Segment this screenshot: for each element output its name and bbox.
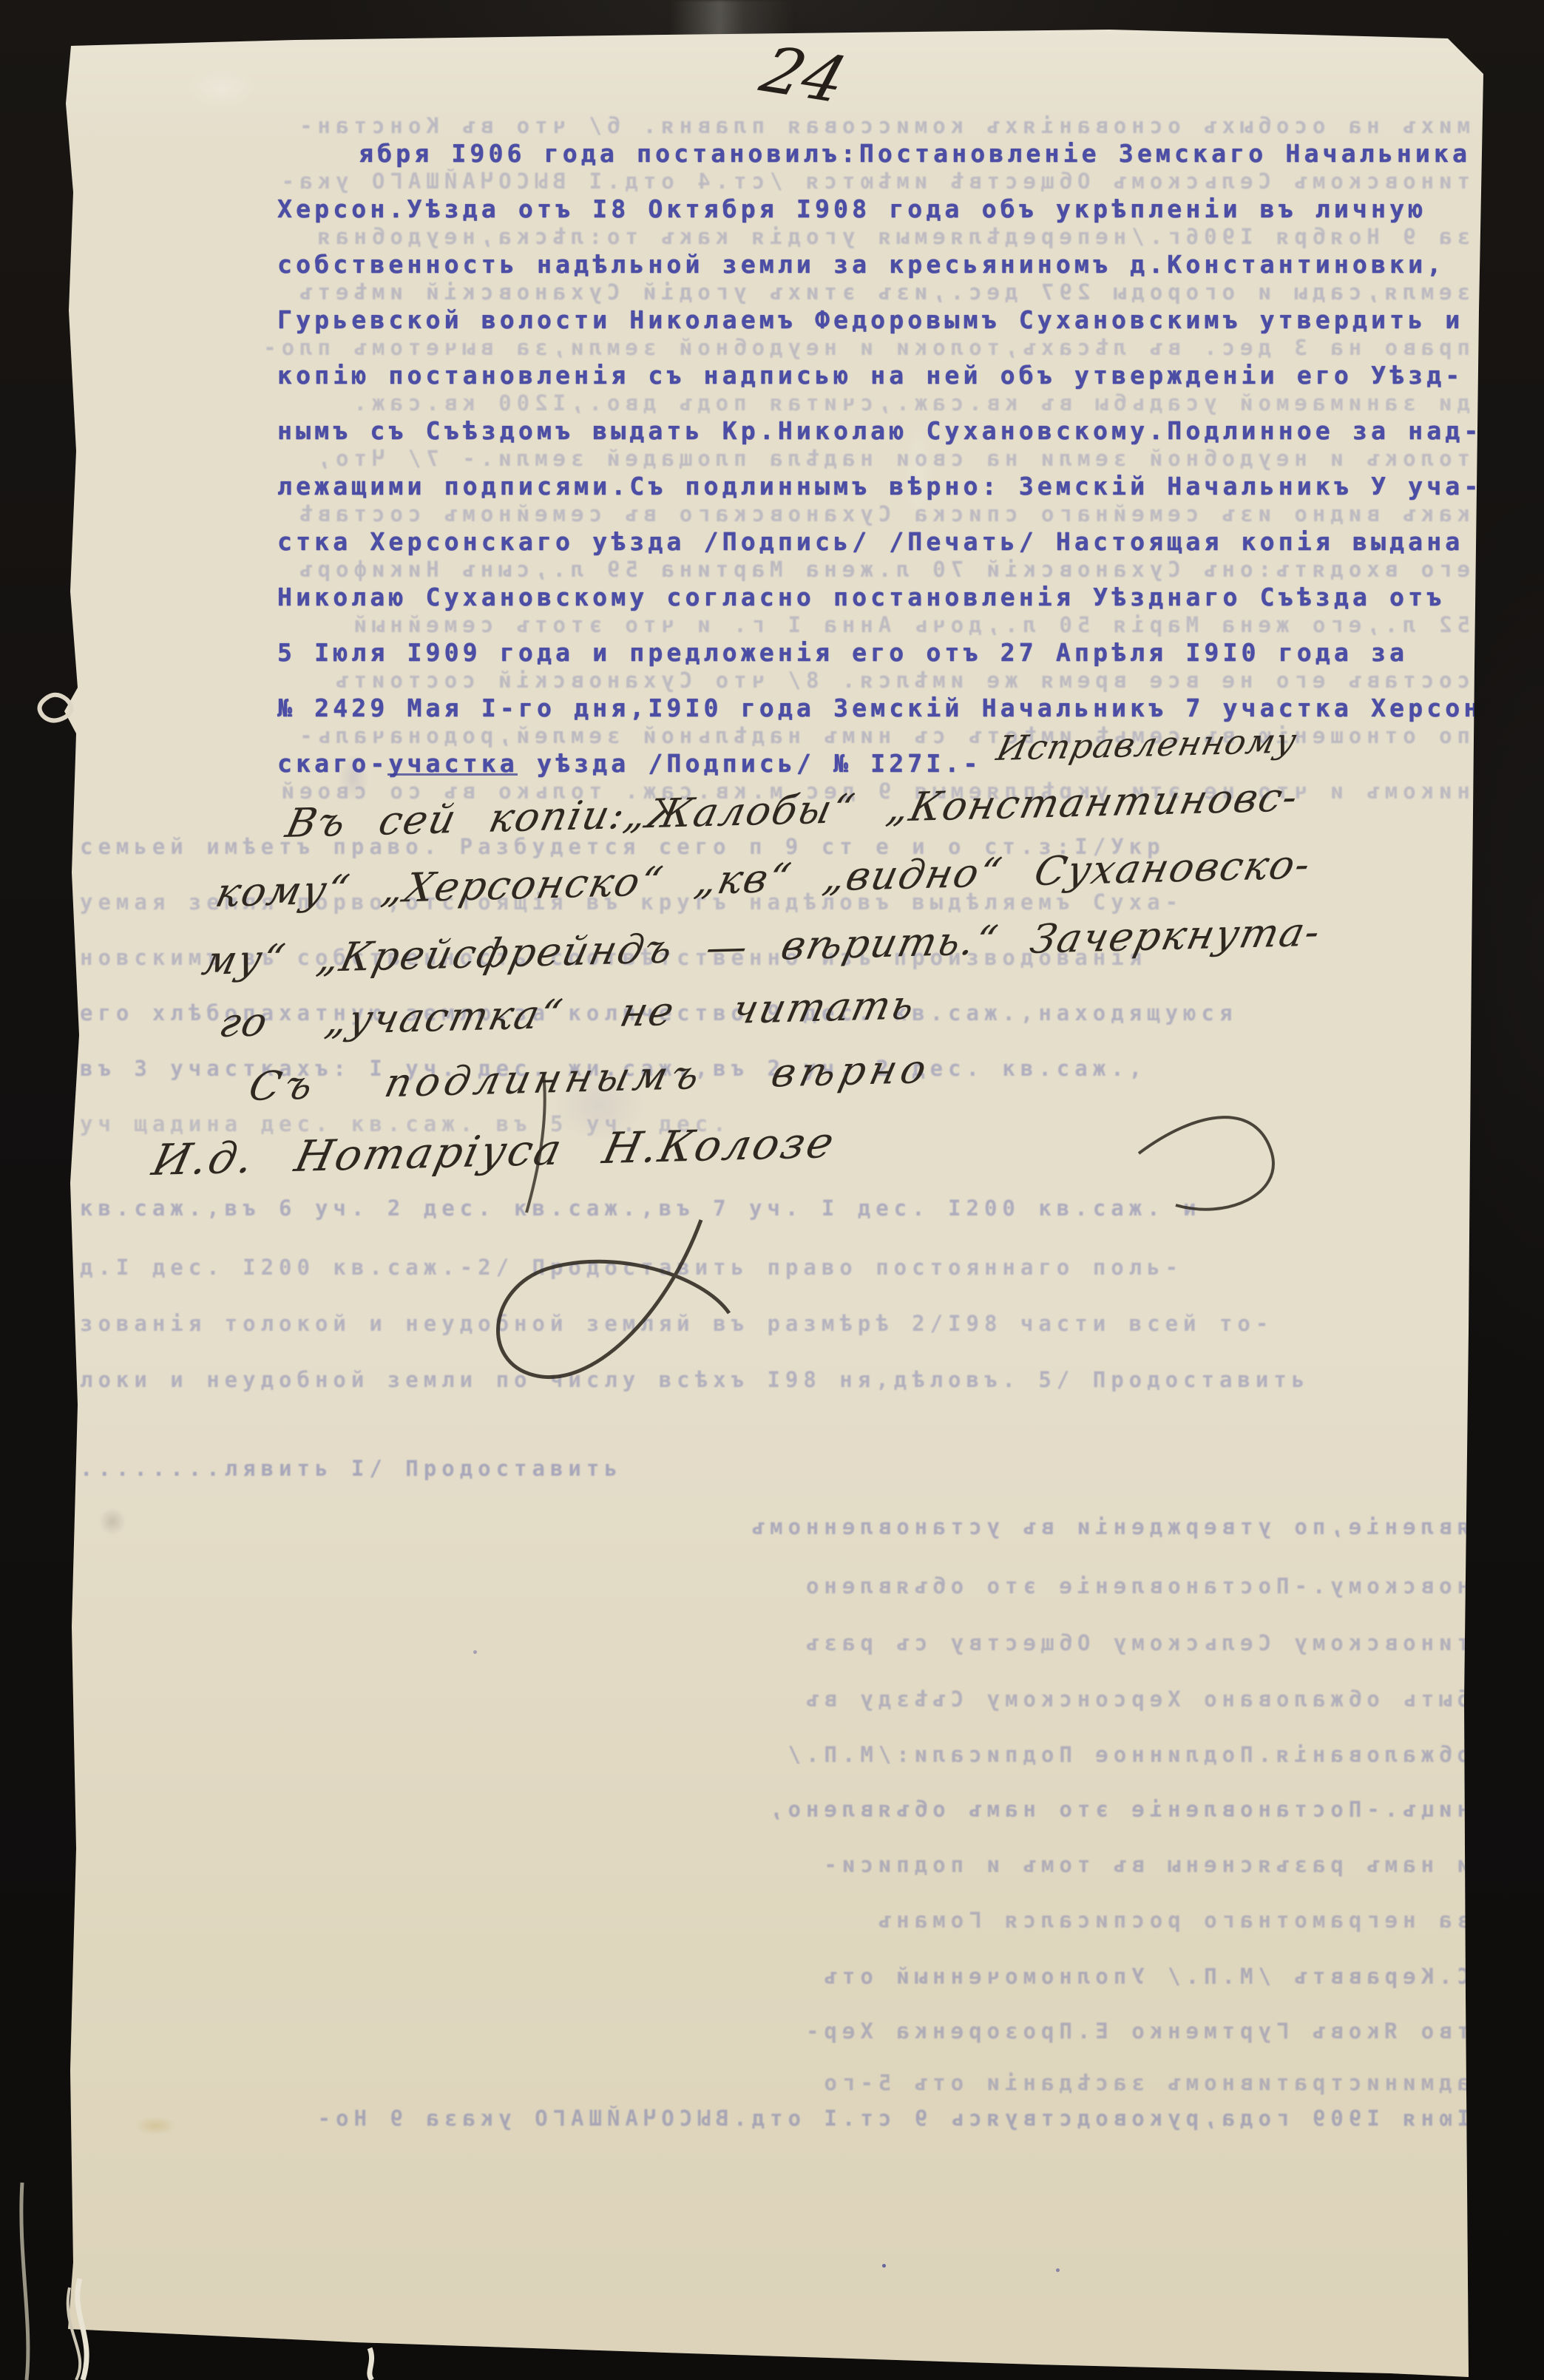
binding-threads xyxy=(0,0,1544,2380)
archival-photo: 24 михъ на особыхъ основаніяхъ комиссова… xyxy=(0,0,1544,2380)
